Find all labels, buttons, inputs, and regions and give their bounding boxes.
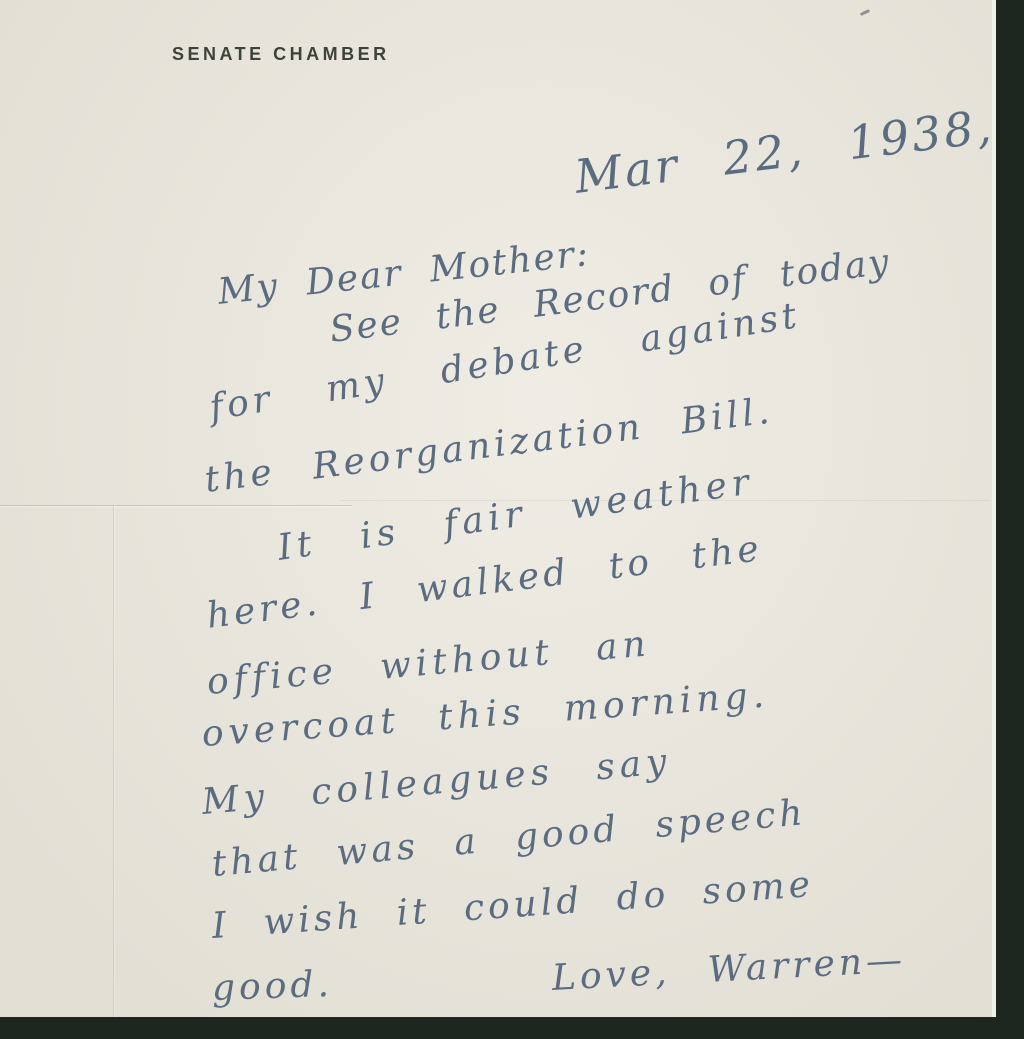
fold-crease-horizontal <box>0 505 352 506</box>
letter-line: good. <box>211 964 333 1009</box>
letterhead-senate-chamber: SENATE CHAMBER <box>172 44 390 65</box>
fold-crease-vertical <box>113 505 114 1017</box>
scanned-letter-stage: SENATE CHAMBER Mar 22, 1938, My Dear Mot… <box>0 0 1024 1039</box>
letter-closing-signature: Love, Warren— <box>551 939 907 998</box>
letter-date: Mar 22, 1938, <box>572 99 997 204</box>
stray-pen-mark <box>860 9 870 16</box>
letter-page: SENATE CHAMBER Mar 22, 1938, My Dear Mot… <box>0 0 996 1017</box>
